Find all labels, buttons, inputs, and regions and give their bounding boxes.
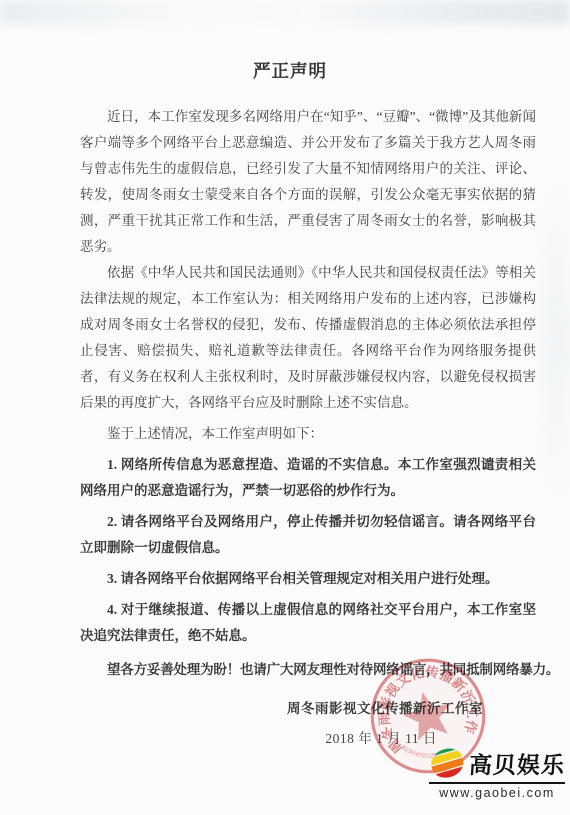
document-body: 近日，本工作室发现多名网络用户在“知乎”、“豆瓣”、“微博”及其他新闻客户端等多… xyxy=(80,104,536,683)
watermark-url: www.gaobei.com xyxy=(429,786,565,800)
watermark-brand-text: 高贝娱乐 xyxy=(468,754,566,779)
scan-smudge-right xyxy=(544,180,570,500)
gaobei-watermark: 高贝娱乐 www.gaobei.com xyxy=(429,747,565,800)
document-title: 严正声明 xyxy=(5,58,570,83)
watermark-logo-row: 高贝娱乐 xyxy=(429,747,565,779)
paragraph-incident: 近日，本工作室发现多名网络用户在“知乎”、“豆瓣”、“微博”及其他新闻客户端等多… xyxy=(80,104,536,260)
statement-item-4: 4. 对于继续报道、传播以上虚假信息的网络社交平台用户，本工作室坚决追究法律责任… xyxy=(80,597,536,649)
paragraph-legal-basis: 依据《中华人民共和国民法通则》《中华人民共和国侵权责任法》等相关法律法规的规定，… xyxy=(80,260,536,416)
watermark-divider xyxy=(429,782,565,784)
gaobei-logo-icon xyxy=(429,747,466,779)
statement-item-2: 2. 请各网络平台及网络用户，停止传播并切勿轻信谣言。请各网络平台立即删除一切虚… xyxy=(80,509,536,561)
scan-smudge-top xyxy=(0,0,570,24)
statement-item-1: 1. 网络所传信息为恶意捏造、造谣的不实信息。本工作室强烈谴责相关网络用户的恶意… xyxy=(80,452,536,504)
paragraph-declaration-intro: 鉴于上述情况，本工作室声明如下： xyxy=(80,421,536,447)
statement-document-page: 严正声明 近日，本工作室发现多名网络用户在“知乎”、“豆瓣”、“微博”及其他新闻… xyxy=(0,0,570,815)
statement-item-3: 3. 请各网络平台依据网络平台相关管理规定对相关用户进行处理。 xyxy=(80,566,536,592)
